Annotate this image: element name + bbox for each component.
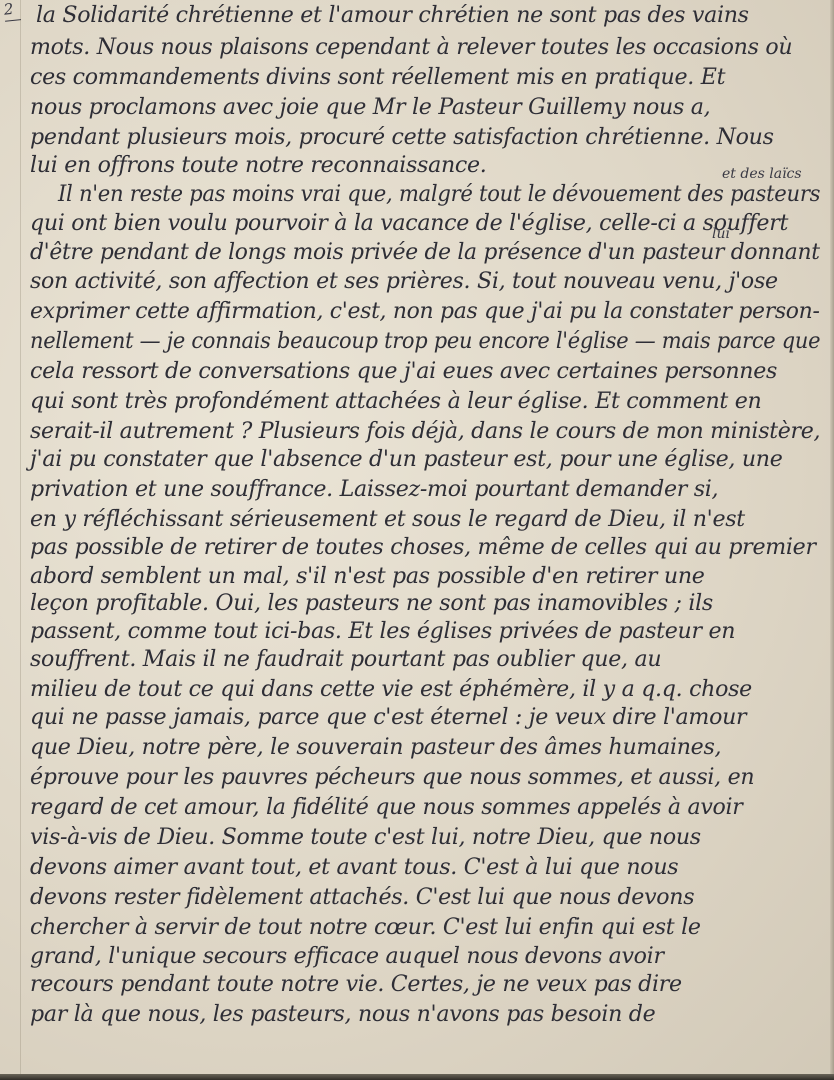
page-right-edge xyxy=(830,0,834,1080)
manuscript-line-15: serait-il autrement ? Plusieurs fois déj… xyxy=(30,418,818,446)
manuscript-line-28: regard de cet amour, la fidélité que nou… xyxy=(30,794,820,822)
manuscript-line-14: qui sont très profondément attachées à l… xyxy=(30,388,820,416)
manuscript-line-32: chercher à servir de tout notre cœur. C'… xyxy=(30,914,820,942)
manuscript-line-34: recours pendant toute notre vie. Certes,… xyxy=(30,971,820,999)
manuscript-line-35: par là que nous, les pasteurs, nous n'av… xyxy=(30,1001,820,1029)
manuscript-line-18: en y réfléchissant sérieusement et sous … xyxy=(30,506,820,534)
manuscript-line-23: souffrent. Mais il ne faudrait pourtant … xyxy=(30,646,820,674)
manuscript-line-33: grand, l'unique secours efficace auquel … xyxy=(30,943,820,971)
manuscript-line-31: devons rester fidèlement attachés. C'est… xyxy=(30,884,820,912)
manuscript-line-19: pas possible de retirer de toutes choses… xyxy=(30,534,820,562)
manuscript-line-24: milieu de tout ce qui dans cette vie est… xyxy=(30,676,820,704)
manuscript-page: 2 la Solidarité chrétienne et l'amour ch… xyxy=(0,0,834,1080)
manuscript-line-21: leçon profitable. Oui, les pasteurs ne s… xyxy=(30,590,820,618)
interlinear-insertion-lui: lui xyxy=(712,226,730,242)
manuscript-line-8: qui ont bien voulu pourvoir à la vacance… xyxy=(30,210,820,238)
manuscript-line-27: éprouve pour les pauvres pécheurs que no… xyxy=(30,764,820,792)
manuscript-line-2: mots. Nous nous plaisons cependant à rel… xyxy=(30,34,820,62)
manuscript-line-17: privation et une souffrance. Laissez-moi… xyxy=(30,476,820,504)
manuscript-line-26: que Dieu, notre père, le souverain paste… xyxy=(30,734,820,762)
manuscript-line-9: d'être pendant de longs mois privée de l… xyxy=(30,239,810,267)
manuscript-line-6: lui en offrons toute notre reconnaissanc… xyxy=(30,152,820,180)
manuscript-line-3: ces commandements divins sont réellement… xyxy=(30,64,820,92)
page-bottom-edge xyxy=(0,1074,834,1080)
manuscript-line-30: devons aimer avant tout, et avant tous. … xyxy=(30,854,820,882)
manuscript-line-25: qui ne passe jamais, parce que c'est éte… xyxy=(30,704,820,732)
manuscript-line-10: son activité, son affection et ses prièr… xyxy=(30,268,820,296)
manuscript-line-5: pendant plusieurs mois, procuré cette sa… xyxy=(30,124,820,152)
manuscript-line-29: vis-à-vis de Dieu. Somme toute c'est lui… xyxy=(30,824,820,852)
manuscript-line-11: exprimer cette affirmation, c'est, non p… xyxy=(30,298,812,326)
page-number: 2 xyxy=(3,0,21,22)
manuscript-line-1: la Solidarité chrétienne et l'amour chré… xyxy=(36,2,820,30)
interlinear-insertion-laics: et des laïcs xyxy=(722,166,802,182)
manuscript-line-12: nellement — je connais beaucoup trop peu… xyxy=(30,328,778,356)
manuscript-line-7: Il n'en reste pas moins vrai que, malgré… xyxy=(58,181,786,209)
margin-rule xyxy=(20,0,21,1080)
manuscript-line-22: passent, comme tout ici-bas. Et les égli… xyxy=(30,618,820,646)
manuscript-line-13: cela ressort de conversations que j'ai e… xyxy=(30,358,820,386)
manuscript-line-20: abord semblent un mal, s'il n'est pas po… xyxy=(30,563,820,591)
manuscript-line-16: j'ai pu constater que l'absence d'un pas… xyxy=(30,446,820,474)
manuscript-line-4: nous proclamons avec joie que Mr le Past… xyxy=(30,94,820,122)
